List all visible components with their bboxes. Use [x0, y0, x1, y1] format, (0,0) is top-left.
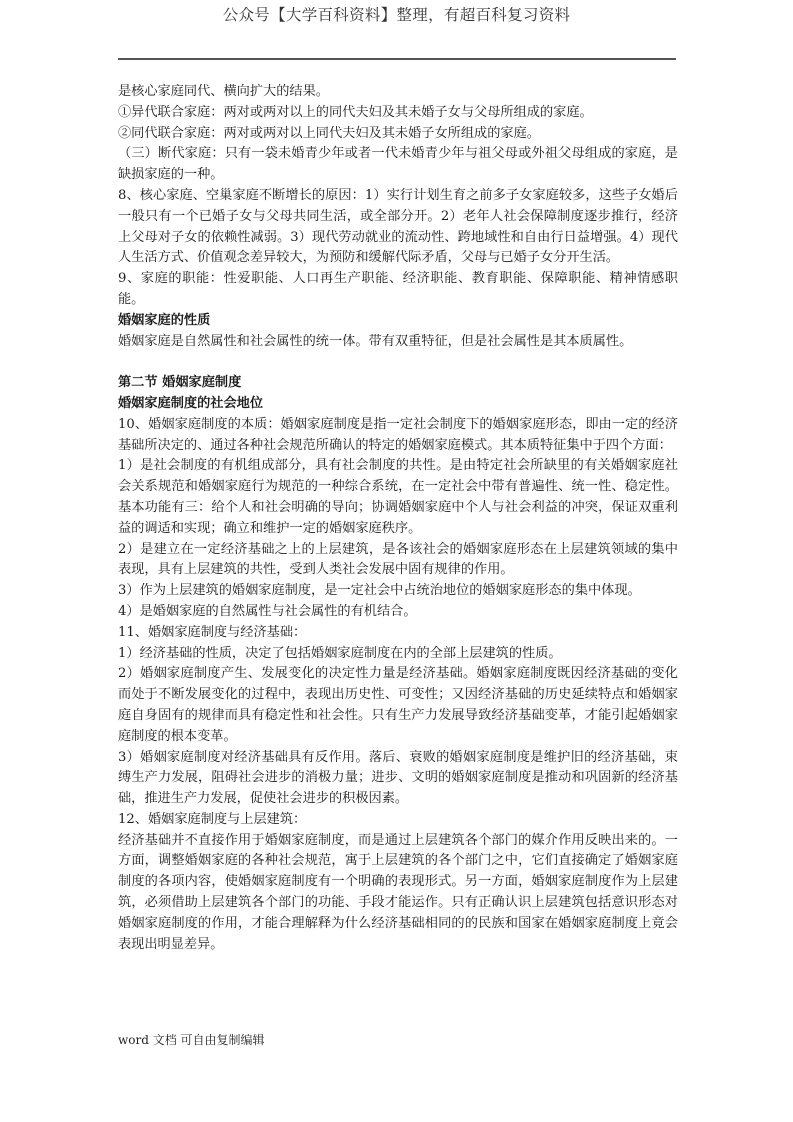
paragraph-intro: 是核心家庭同代、横向扩大的结果。 [118, 82, 678, 103]
document-body: 是核心家庭同代、横向扩大的结果。 ①异代联合家庭：两对或两对以上的同代夫妇及其未… [118, 82, 678, 955]
paragraph-item-11-2: 2）婚姻家庭制度产生、发展变化的决定性力量是经济基础。婚姻家庭制度既因经济基础的… [118, 664, 678, 747]
page-footer: word 文档 可自由复制编辑 [118, 1031, 265, 1048]
heading-social-status: 婚姻家庭制度的社会地位 [118, 394, 678, 415]
paragraph-yidai-family: ①异代联合家庭：两对或两对以上的同代夫妇及其未婚子女与父母所组成的家庭。 [118, 103, 678, 124]
paragraph-item-8: 8、核心家庭、空巢家庭不断增长的原因：1）实行计划生育之前多子女家庭较多，这些子… [118, 186, 678, 269]
paragraph-item-11-1: 1）经济基础的性质，决定了包括婚姻家庭制度在内的全部上层建筑的性质。 [118, 644, 678, 665]
paragraph-item-10-2: 2）是建立在一定经济基础之上的上层建筑，是各该社会的婚姻家庭形态在上层建筑领域的… [118, 540, 678, 582]
paragraph-item-9: 9、家庭的职能：性爱职能、人口再生产职能、经济职能、教育职能、保障职能、精神情感… [118, 269, 678, 311]
paragraph-item-11-3: 3）婚姻家庭制度对经济基础具有反作用。落后、衰败的婚姻家庭制度是维护旧的经济基础… [118, 748, 678, 810]
paragraph-tongdai-family: ②同代联合家庭：两对或两对以上同代夫妇及其未婚子女所组成的家庭。 [118, 124, 678, 145]
paragraph-item-12: 12、婚姻家庭制度与上层建筑： [118, 810, 678, 831]
paragraph-nature: 婚姻家庭是自然属性和社会属性的统一体。带有双重特征，但是社会属性是其本质属性。 [118, 332, 678, 353]
paragraph-item-12-body: 经济基础并不直接作用于婚姻家庭制度，而是通过上层建筑各个部门的媒介作用反映出来的… [118, 831, 678, 956]
heading-section-2: 第二节 婚姻家庭制度 [118, 373, 678, 394]
paragraph-item-10: 10、婚姻家庭制度的本质：婚姻家庭制度是指一定社会制度下的婚姻家庭形态，即由一定… [118, 415, 678, 457]
paragraph-item-10-3: 3）作为上层建筑的婚姻家庭制度，是一定社会中占统治地位的婚姻家庭形态的集中体现。 [118, 581, 678, 602]
paragraph-item-11: 11、婚姻家庭制度与经济基础： [118, 623, 678, 644]
paragraph-item-10-1: 1）是社会制度的有机组成部分，具有社会制度的共性。是由特定社会所缺里的有关婚姻家… [118, 456, 678, 539]
heading-marriage-family-nature: 婚姻家庭的性质 [118, 311, 678, 332]
paragraph-item-10-4: 4）是婚姻家庭的自然属性与社会属性的有机结合。 [118, 602, 678, 623]
spacer [118, 352, 678, 373]
header-divider [118, 58, 676, 60]
paragraph-duandai-family: （三）断代家庭：只有一袋未婚青少年或者一代未婚青少年与祖父母或外祖父母组成的家庭… [118, 144, 678, 186]
page-header-title: 公众号【大学百科资料】整理，有超百科复习资料 [0, 3, 793, 25]
